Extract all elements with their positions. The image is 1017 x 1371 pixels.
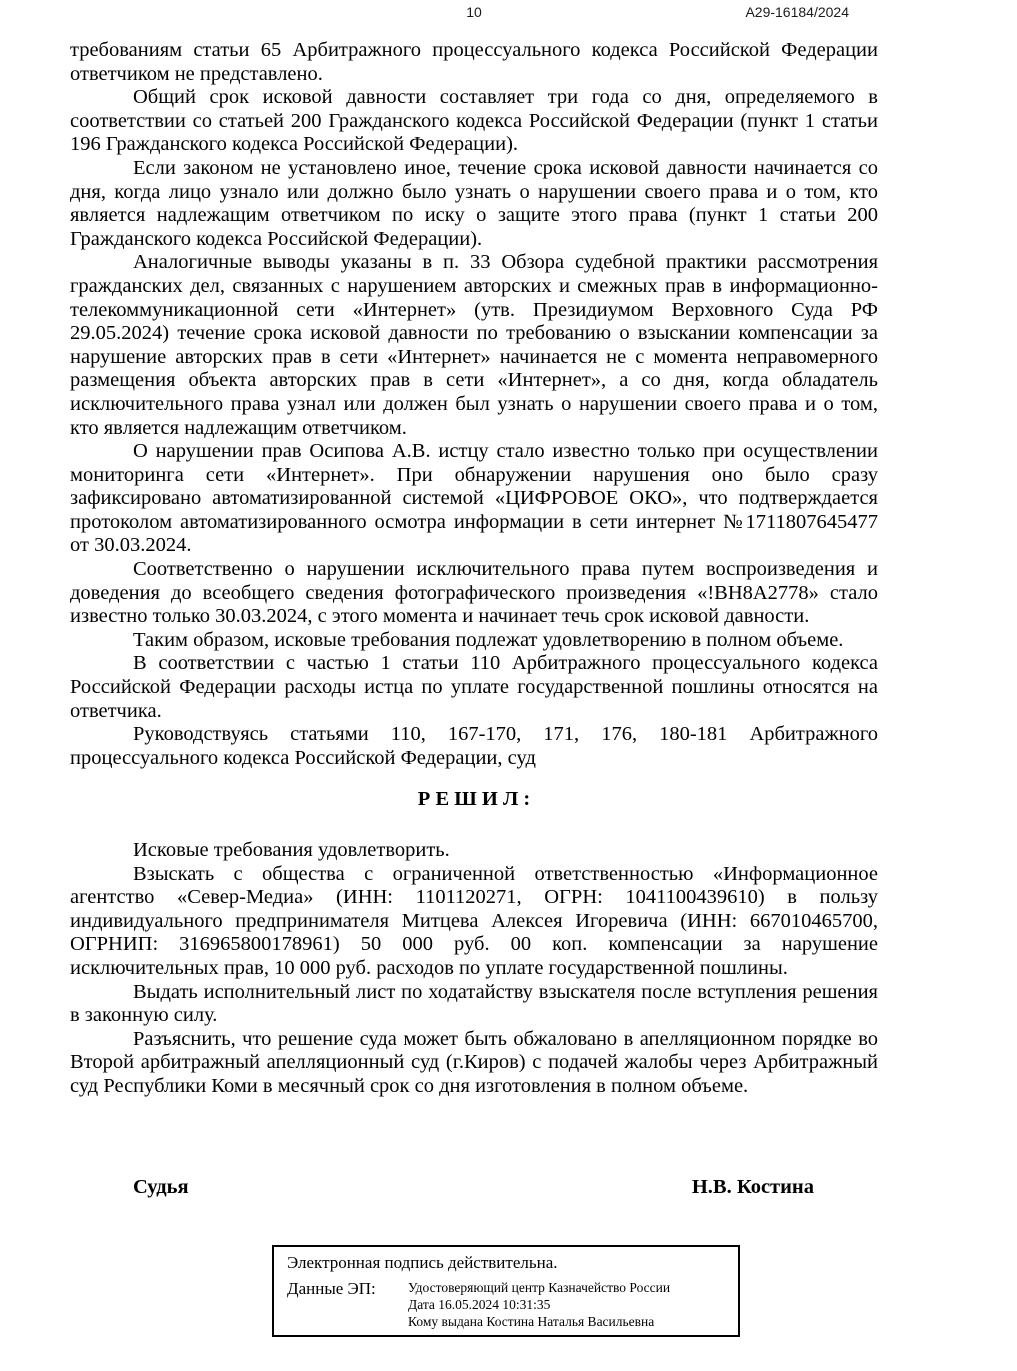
paragraph: Аналогичные выводы указаны в п. 33 Обзор… [70, 251, 878, 440]
paragraph: Выдать исполнительный лист по ходатайств… [70, 981, 878, 1028]
paragraph: О нарушении прав Осипова А.В. истцу стал… [70, 440, 878, 558]
paragraph: Взыскать с общества с ограниченной ответ… [70, 863, 878, 981]
paragraph: Соответственно о нарушении исключительно… [70, 558, 878, 629]
document-body: требованиям статьи 65 Арбитражного проце… [70, 39, 878, 1099]
resolution-heading: Р Е Ш И Л : [70, 788, 878, 812]
paragraph: требованиям статьи 65 Арбитражного проце… [70, 39, 878, 86]
stamp-data-row: Данные ЭП: Удостоверяющий центр Казначей… [287, 1279, 730, 1330]
signature-row: Судья Н.В. Костина [70, 1176, 878, 1199]
stamp-detail: Кому выдана Костина Наталья Васильевна [408, 1313, 670, 1330]
stamp-detail: Дата 16.05.2024 10:31:35 [408, 1296, 670, 1313]
case-number: А29-16184/2024 [745, 4, 849, 20]
judge-label: Судья [133, 1176, 189, 1199]
paragraph: Разъяснить, что решение суда может быть … [70, 1028, 878, 1099]
paragraph: Общий срок исковой давности составляет т… [70, 86, 878, 157]
stamp-details: Удостоверяющий центр Казначейство России… [408, 1279, 670, 1330]
stamp-validity-text: Электронная подпись действительна. [287, 1253, 730, 1273]
stamp-detail: Удостоверяющий центр Казначейство России [408, 1279, 670, 1296]
paragraphs-after: Исковые требования удовлетворить.Взыскат… [70, 839, 878, 1099]
judge-name: Н.В. Костина [692, 1176, 814, 1199]
paragraphs-before: требованиям статьи 65 Арбитражного проце… [70, 39, 878, 770]
electronic-signature-stamp: Электронная подпись действительна. Данны… [272, 1245, 740, 1337]
paragraph: Руководствуясь статьями 110, 167-170, 17… [70, 723, 878, 770]
document-page: 10 А29-16184/2024 требованиям статьи 65 … [0, 0, 1017, 1371]
paragraph: Исковые требования удовлетворить. [70, 839, 878, 863]
paragraph: Если законом не установлено иное, течени… [70, 157, 878, 251]
stamp-data-label: Данные ЭП: [287, 1279, 408, 1298]
paragraph: Таким образом, исковые требования подлеж… [70, 629, 878, 653]
page-header: 10 А29-16184/2024 [70, 4, 878, 26]
paragraph: В соответствии с частью 1 статьи 110 Арб… [70, 652, 878, 723]
